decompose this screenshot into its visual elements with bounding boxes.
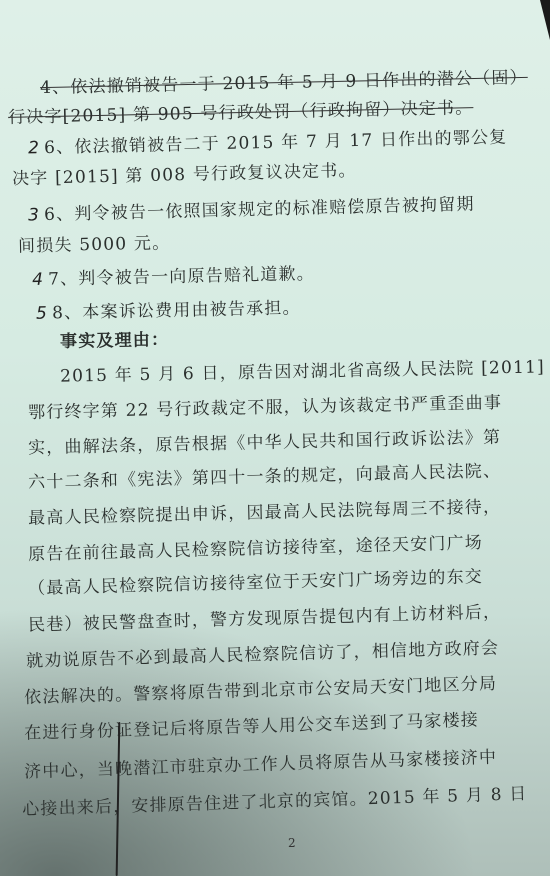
claim-3-line2: 间损失 5000 元。	[18, 228, 171, 256]
handwritten-number: 5	[36, 304, 48, 324]
section-heading: 事实及理由：	[60, 325, 170, 352]
page-number: 2	[288, 836, 296, 850]
handwritten-number: 2	[28, 138, 40, 158]
handwritten-number: 3	[28, 205, 41, 225]
handwritten-number: 4	[32, 270, 44, 290]
